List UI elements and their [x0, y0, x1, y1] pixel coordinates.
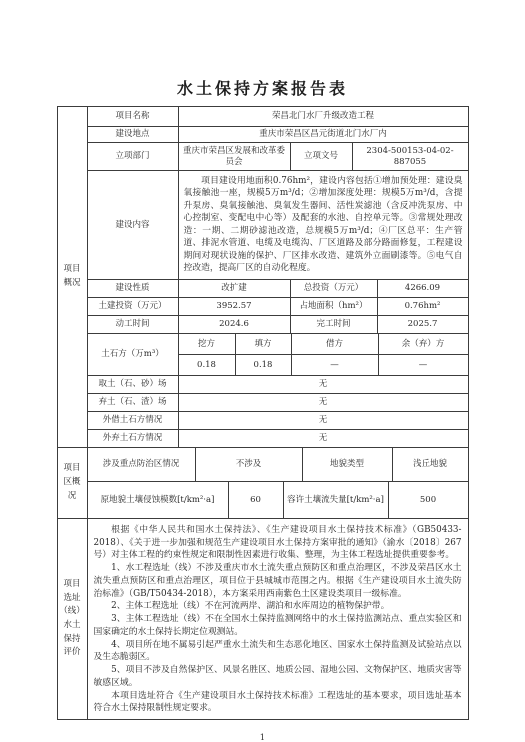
- section-label-area: 项目 区概 况: [58, 448, 88, 518]
- earthwork-header-surplus: 余（弃）方: [378, 334, 468, 354]
- land-area-value: 0.76hm²: [377, 298, 468, 315]
- evaluation-paragraph: 4、项目所在地不属易引起严重水土流失和生态恶化地区、国家水土保持监测及试验站点以…: [94, 639, 462, 665]
- earthwork-label: 土石方（万m³）: [88, 334, 178, 375]
- land-area-label: 占地面积（hm²）: [290, 298, 377, 315]
- approval-label: 立项部门: [88, 143, 178, 170]
- row-external-spoil: 外弃土石方情况 无: [88, 429, 468, 447]
- approval-doc-number: 2304-500153-04-02-887055: [352, 143, 468, 170]
- borrow-site-value: 无: [178, 376, 468, 393]
- spoil-site-label: 弃土（石、渣）场: [88, 394, 178, 411]
- section-label-evaluation: 项目 选址 （线） 水土 保持 评价: [58, 519, 88, 719]
- row-schedule: 动工时间 2024.6 完工时间 2025.7: [88, 315, 468, 333]
- earthwork-header-fill: 填方: [235, 334, 291, 354]
- row-approval: 立项部门 重庆市荣昌区发展和改革委员会 立项文号 2304-500153-04-…: [88, 142, 468, 170]
- report-table: 项目 概况 项目名称 荣昌北门水厂升级改造工程 建设地点 重庆市荣昌区昌元街道北…: [57, 106, 469, 720]
- protection-zone-label: 涉及重点防治区情况: [88, 448, 195, 481]
- evaluation-paragraph: 2、主体工程选址（线）不在河流两岸、湖泊和水库周边的植物保护带。: [94, 600, 462, 613]
- row-borrow-site: 取土（石、砂）场 无: [88, 375, 468, 393]
- approval-doc-label: 立项文号: [290, 143, 352, 170]
- landform-label: 地貌类型: [302, 448, 392, 481]
- landform-value: 浅丘地貌: [392, 448, 468, 481]
- project-name-label: 项目名称: [88, 107, 178, 126]
- construction-content-value: 项目建设用地面积0.76hm²，建设内容包括①增加预处理：建设臭氧接触池一座，规…: [178, 171, 468, 279]
- section-project-area: 项目 区概 况 涉及重点防治区情况 不涉及 地貌类型 浅丘地貌 原地貌土壤侵蚀模…: [58, 447, 468, 518]
- row-earthwork: 土石方（万m³） 挖方 填方 借方 余（弃）方 0.18 0.18 — —: [88, 333, 468, 375]
- external-borrow-label: 外借土石方情况: [88, 412, 178, 429]
- section-label-overview: 项目 概况: [58, 107, 88, 447]
- earthwork-header-borrow: 借方: [291, 334, 378, 354]
- row-civil-investment: 土建投资（万元） 3952.57 占地面积（hm²） 0.76hm²: [88, 297, 468, 315]
- spoil-site-value: 无: [178, 394, 468, 411]
- row-protection-zone: 涉及重点防治区情况 不涉及 地貌类型 浅丘地貌: [88, 448, 468, 481]
- evaluation-paragraph: 1、水工程选址（线）不涉及重庆市水土流失重点预防区和重点治理区，不涉及荣昌区水土…: [94, 562, 462, 600]
- evaluation-paragraph: 本项目选址符合《生产建设项目水土保持技术标准》工程选址的基本要求，项目选址基本符…: [94, 690, 462, 716]
- evaluation-paragraph: 5、项目不涉及自然保护区、风景名胜区、地质公园、湿地公园、文物保护区、地质灾害等…: [94, 664, 462, 690]
- earthwork-value-row: 0.18 0.18 — —: [179, 354, 468, 375]
- evaluation-paragraph: 3、主体工程选址（线）不在全国水土保持监测网络中的水土保持监测站点、重点实验区和…: [94, 613, 462, 639]
- allowable-loss-value: 500: [388, 482, 468, 518]
- evaluation-paragraph: 根据《中华人民共和国水土保持法》、《生产建设项目水土保持技术标准》（GB5043…: [94, 524, 462, 562]
- earthwork-value-borrow: —: [291, 355, 378, 375]
- earthwork-value-cut: 0.18: [179, 355, 235, 375]
- external-spoil-value: 无: [178, 430, 468, 447]
- earthwork-header-row: 挖方 填方 借方 余（弃）方: [179, 334, 468, 354]
- start-time-value: 2024.6: [178, 316, 290, 333]
- earthwork-value-fill: 0.18: [235, 355, 291, 375]
- earthwork-header-cut: 挖方: [179, 334, 235, 354]
- total-investment-value: 4266.09: [377, 280, 468, 297]
- row-construction-content: 建设内容 项目建设用地面积0.76hm²，建设内容包括①增加预处理：建设臭氧接触…: [88, 170, 468, 279]
- page-title: 水土保持方案报告表: [0, 0, 525, 99]
- finish-time-label: 完工时间: [290, 316, 377, 333]
- civil-investment-label: 土建投资（万元）: [88, 298, 178, 315]
- external-spoil-label: 外弃土石方情况: [88, 430, 178, 447]
- erosion-modulus-label: 原地貌土壤侵蚀模数[t/km²·a]: [88, 482, 228, 518]
- project-name-value: 荣昌北门水厂升级改造工程: [178, 107, 468, 126]
- row-evaluation: 根据《中华人民共和国水土保持法》、《生产建设项目水土保持技术标准》（GB5043…: [88, 519, 468, 719]
- row-external-borrow: 外借土石方情况 无: [88, 411, 468, 429]
- finish-time-value: 2025.7: [377, 316, 468, 333]
- evaluation-text: 根据《中华人民共和国水土保持法》、《生产建设项目水土保持技术标准》（GB5043…: [88, 519, 468, 719]
- allowable-loss-label: 容许土壤流失量[t/km²·a]: [283, 482, 388, 518]
- total-investment-label: 总投资（万元）: [290, 280, 377, 297]
- borrow-site-label: 取土（石、砂）场: [88, 376, 178, 393]
- erosion-modulus-value: 60: [228, 482, 283, 518]
- section-site-evaluation: 项目 选址 （线） 水土 保持 评价 根据《中华人民共和国水土保持法》、《生产建…: [58, 518, 468, 719]
- nature-label: 建设性质: [88, 280, 178, 297]
- start-time-label: 动工时间: [88, 316, 178, 333]
- protection-zone-value: 不涉及: [195, 448, 302, 481]
- earthwork-value-surplus: —: [378, 355, 468, 375]
- row-nature: 建设性质 改扩建 总投资（万元） 4266.09: [88, 279, 468, 297]
- section-project-overview: 项目 概况 项目名称 荣昌北门水厂升级改造工程 建设地点 重庆市荣昌区昌元街道北…: [58, 107, 468, 447]
- civil-investment-value: 3952.57: [178, 298, 290, 315]
- row-spoil-site: 弃土（石、渣）场 无: [88, 393, 468, 411]
- row-project-name: 项目名称 荣昌北门水厂升级改造工程: [88, 107, 468, 126]
- nature-value: 改扩建: [178, 280, 290, 297]
- row-erosion-modulus: 原地貌土壤侵蚀模数[t/km²·a] 60 容许土壤流失量[t/km²·a] 5…: [88, 481, 468, 518]
- construction-content-label: 建设内容: [88, 171, 178, 279]
- page-number: 1: [0, 733, 525, 742]
- location-value: 重庆市荣昌区昌元街道北门水厂内: [178, 127, 468, 142]
- external-borrow-value: 无: [178, 412, 468, 429]
- row-location: 建设地点 重庆市荣昌区昌元街道北门水厂内: [88, 126, 468, 142]
- location-label: 建设地点: [88, 127, 178, 142]
- approval-dept: 重庆市荣昌区发展和改革委员会: [178, 143, 290, 170]
- document-page: 水土保持方案报告表 项目 概况 项目名称 荣昌北门水厂升级改造工程 建设地点 重…: [0, 0, 525, 742]
